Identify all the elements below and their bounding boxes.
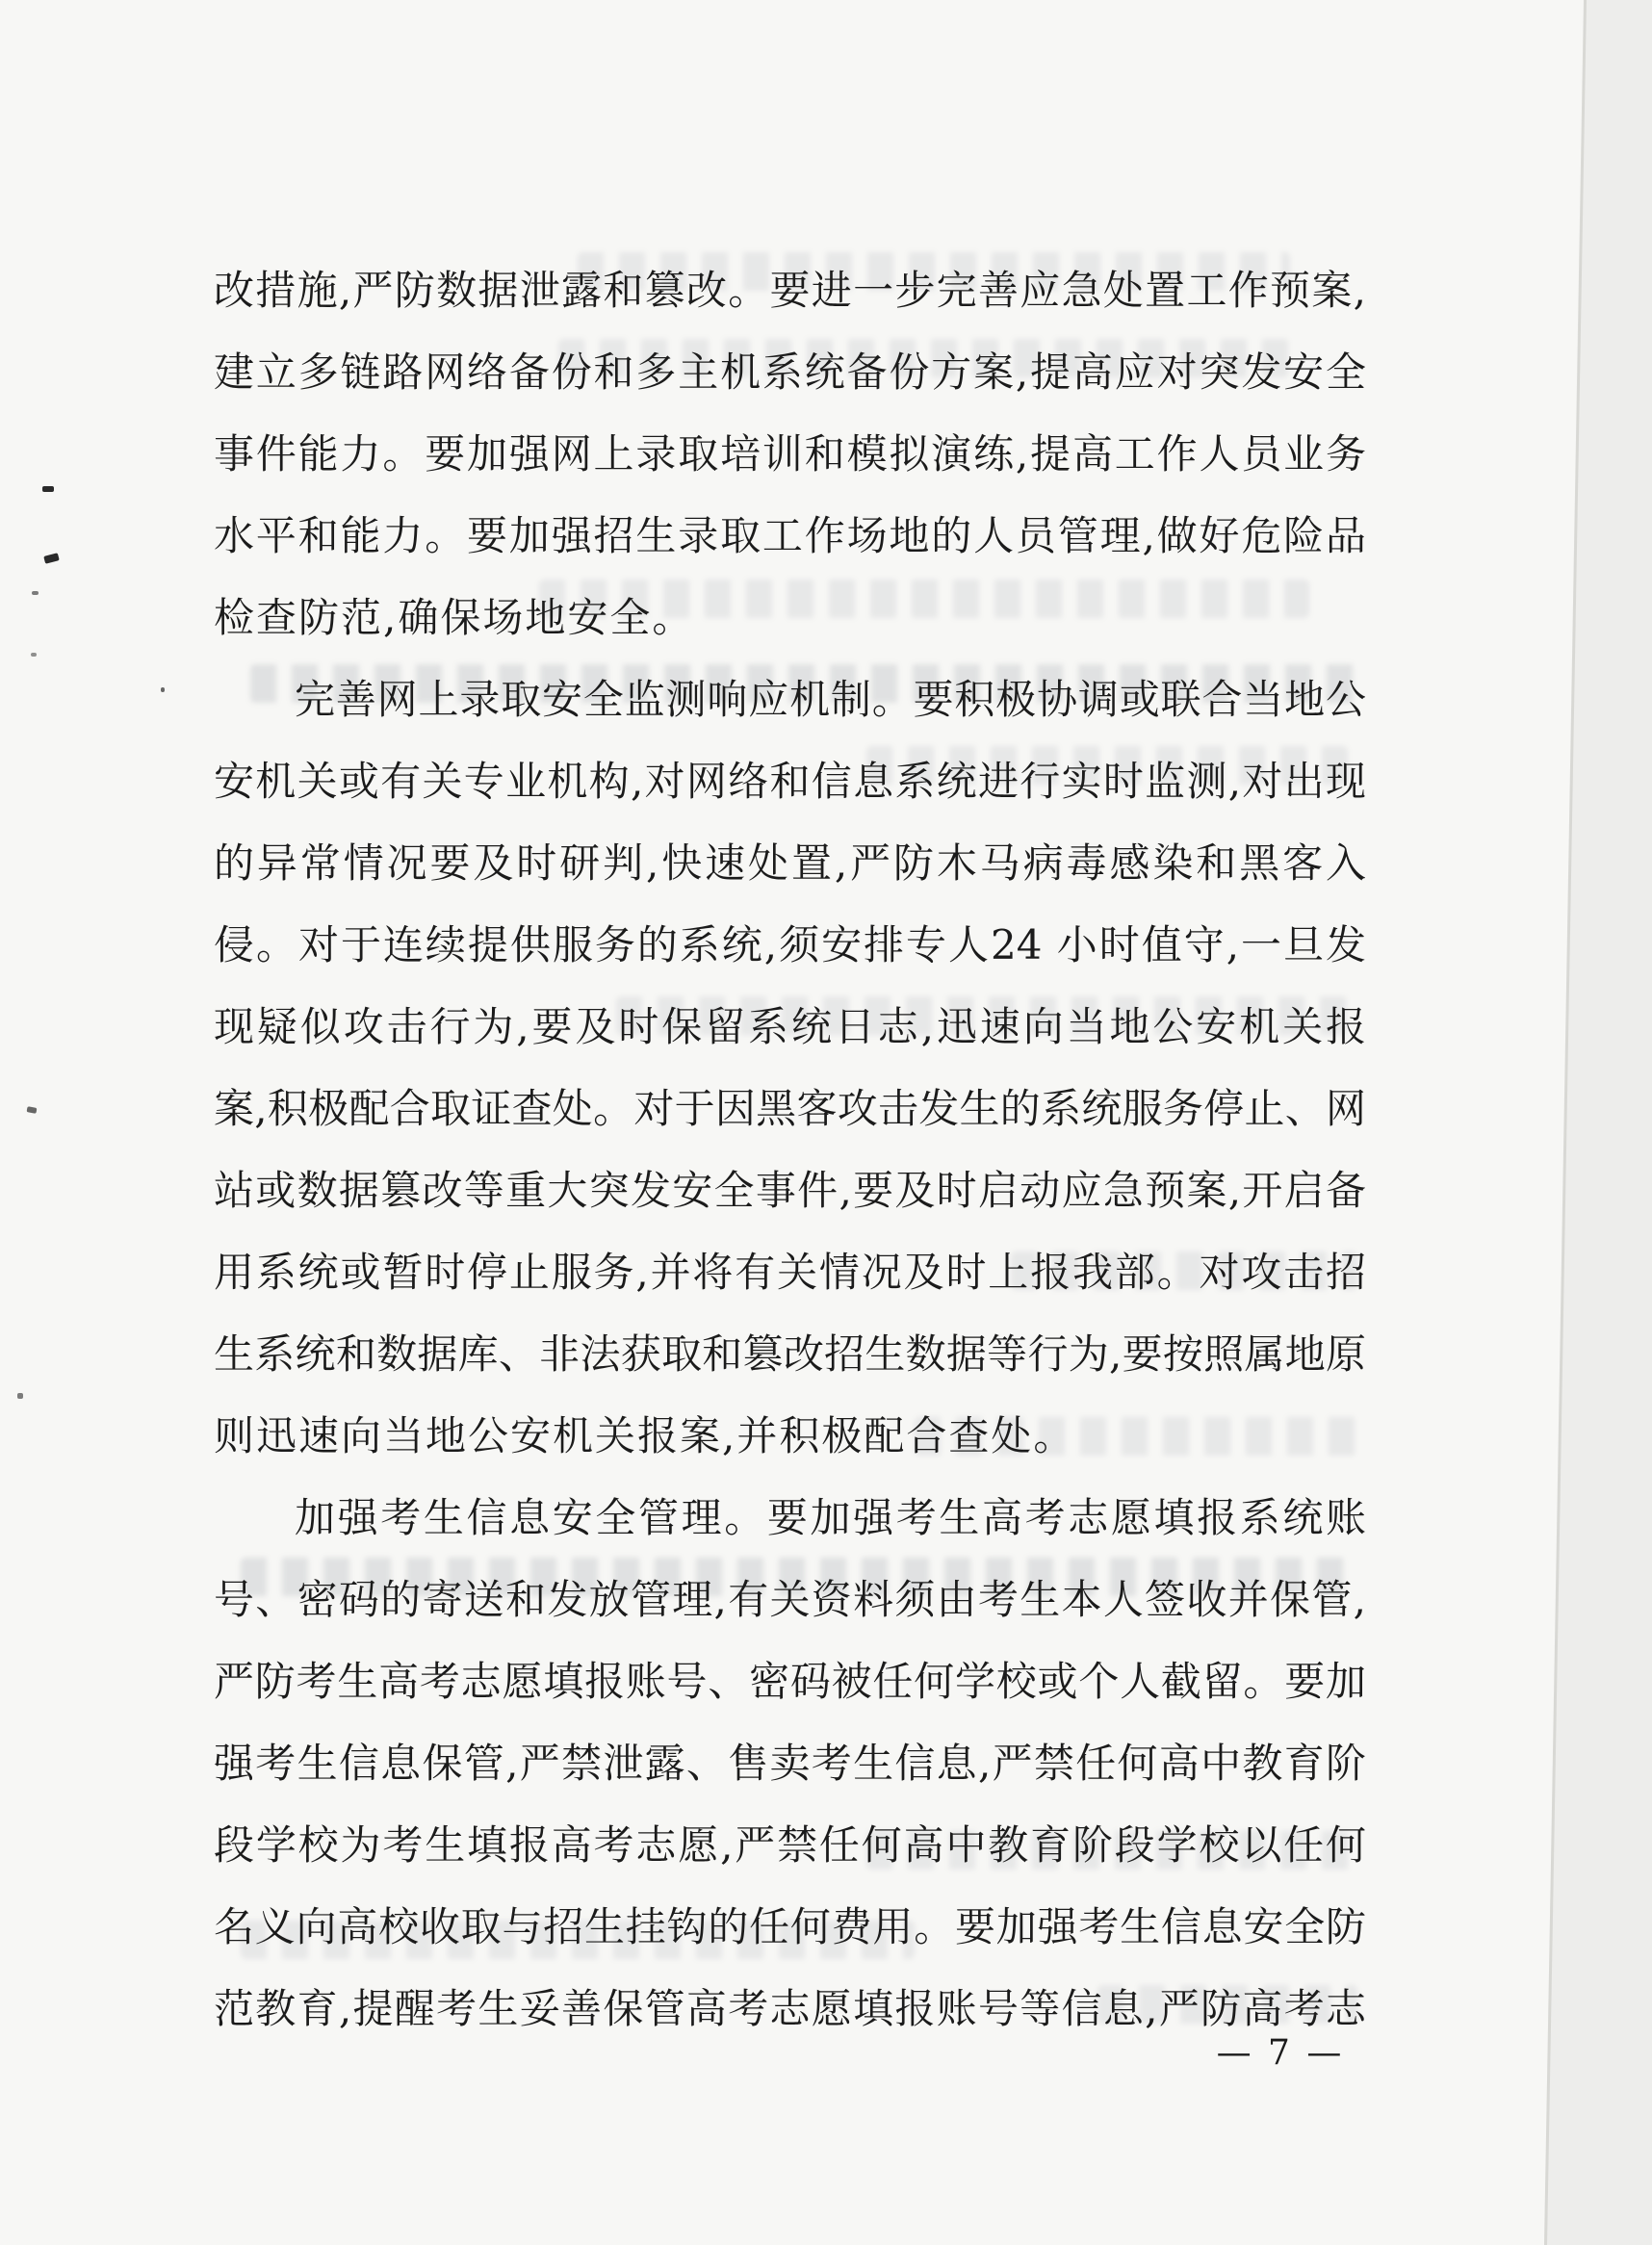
text-line: 强考生信息保管,严禁泄露、售卖考生信息,严禁任何高中教育阶 — [214, 1722, 1366, 1804]
text-line: 检查防范,确保场地安全。 — [214, 577, 1366, 658]
text-line: 段学校为考生填报高考志愿,严禁任何高中教育阶段学校以任何 — [214, 1804, 1366, 1886]
scanned-document-page: 改措施,严防数据泄露和篡改。要进一步完善应急处置工作预案, 建立多链路网络备份和… — [0, 0, 1652, 2245]
text-line: 改措施,严防数据泄露和篡改。要进一步完善应急处置工作预案, — [214, 249, 1366, 331]
text-line: 加强考生信息安全管理。要加强考生高考志愿填报系统账 — [214, 1477, 1366, 1559]
text-line: 则迅速向当地公安机关报案,并积极配合查处。 — [214, 1395, 1366, 1477]
text-line: 现疑似攻击行为,要及时保留系统日志,迅速向当地公安机关报 — [214, 986, 1366, 1068]
page-number: — 7 — — [1194, 2029, 1367, 2077]
text-line: 号、密码的寄送和发放管理,有关资料须由考生本人签收并保管, — [214, 1559, 1366, 1640]
ink-speck — [17, 1393, 23, 1399]
text-line: 站或数据篡改等重大突发安全事件,要及时启动应急预案,开启备 — [214, 1149, 1366, 1231]
ink-speck — [27, 1106, 38, 1114]
text-line: 建立多链路网络备份和多主机系统备份方案,提高应对突发安全 — [214, 331, 1366, 413]
text-line: 安机关或有关专业机构,对网络和信息系统进行实时监测,对出现 — [214, 740, 1366, 822]
ink-speck — [161, 687, 165, 692]
text-line: 侵。对于连续提供服务的系统,须安排专人24 小时值守,一旦发 — [214, 904, 1366, 986]
text-line: 完善网上录取安全监测响应机制。要积极协调或联合当地公 — [214, 658, 1366, 740]
text-line: 用系统或暂时停止服务,并将有关情况及时上报我部。对攻击招 — [214, 1231, 1366, 1313]
ink-speck — [43, 553, 60, 564]
text-line: 严防考生高考志愿填报账号、密码被任何学校或个人截留。要加 — [214, 1640, 1366, 1722]
ink-speck — [31, 653, 37, 657]
text-line: 名义向高校收取与招生挂钩的任何费用。要加强考生信息安全防 — [214, 1886, 1366, 1968]
text-line: 案,积极配合取证查处。对于因黑客攻击发生的系统服务停止、网 — [214, 1068, 1366, 1149]
ink-speck — [42, 486, 54, 492]
document-body: 改措施,严防数据泄露和篡改。要进一步完善应急处置工作预案, 建立多链路网络备份和… — [214, 249, 1366, 2050]
ink-speck — [32, 591, 39, 595]
text-line: 的异常情况要及时研判,快速处置,严防木马病毒感染和黑客入 — [214, 822, 1366, 904]
text-line: 水平和能力。要加强招生录取工作场地的人员管理,做好危险品 — [214, 495, 1366, 577]
text-line: 生系统和数据库、非法获取和篡改招生数据等行为,要按照属地原 — [214, 1313, 1366, 1395]
text-line: 事件能力。要加强网上录取培训和模拟演练,提高工作人员业务 — [214, 413, 1366, 495]
